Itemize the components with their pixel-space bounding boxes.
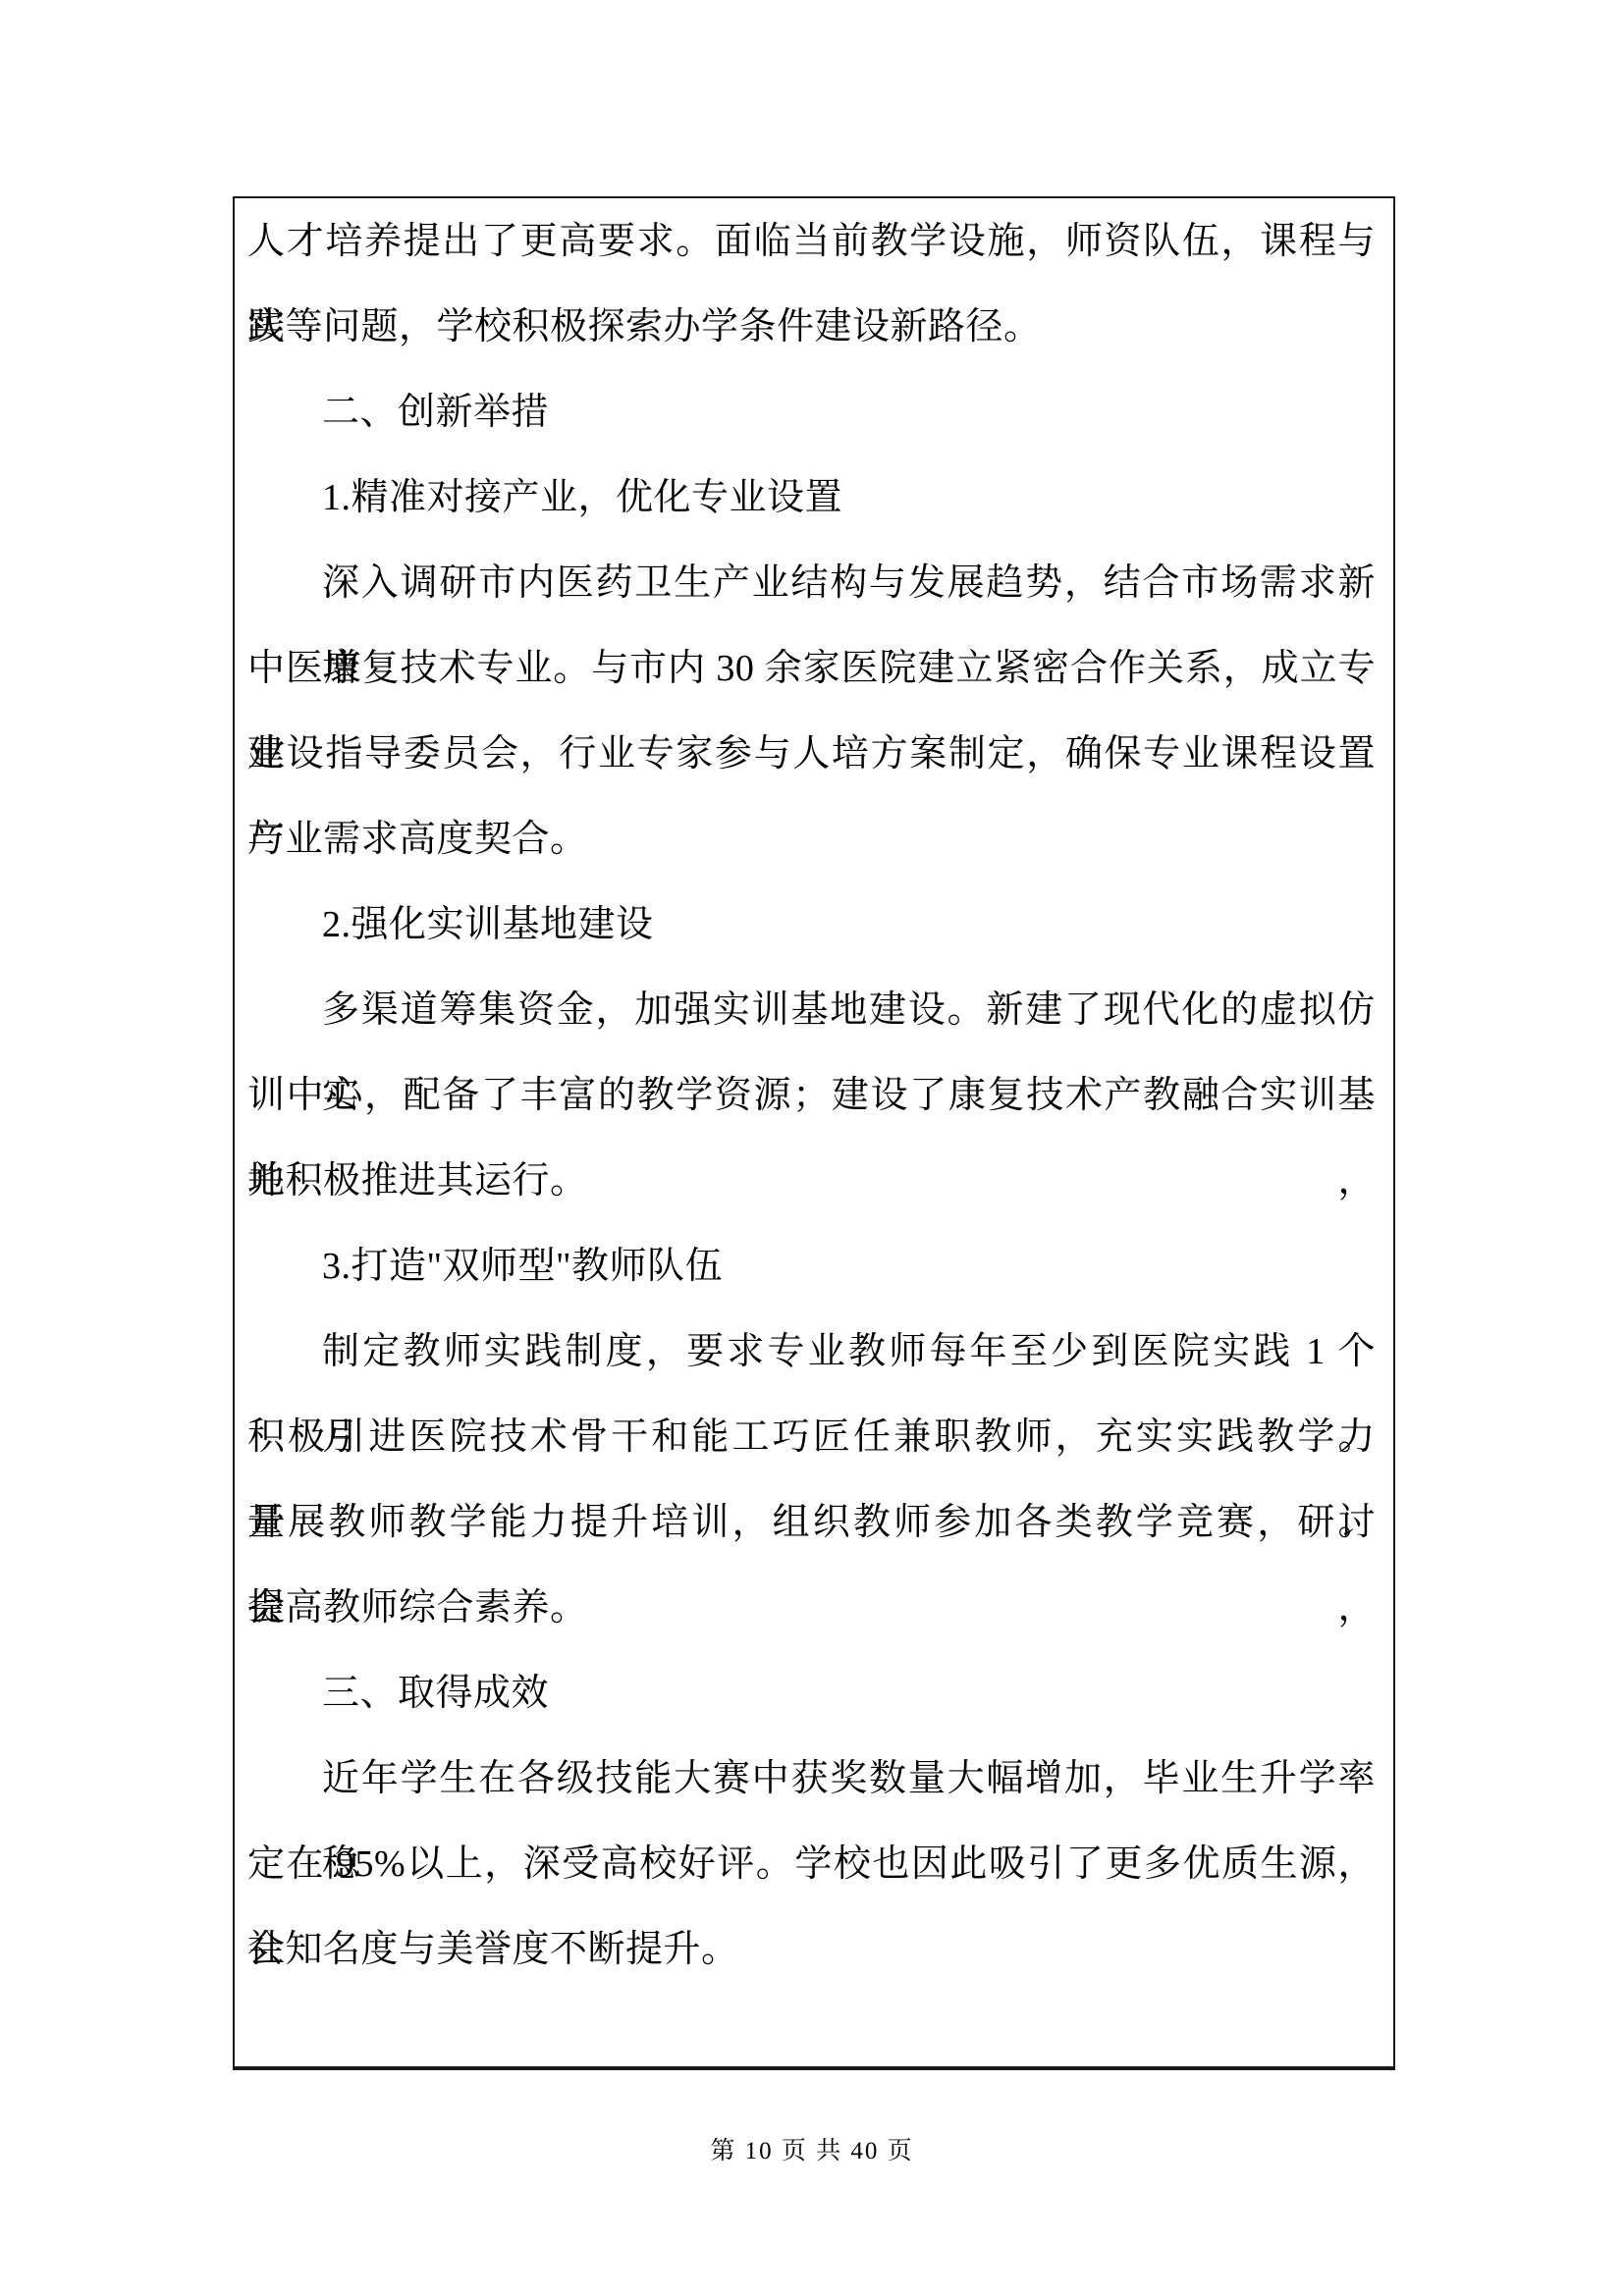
text-line: 近年学生在各级技能大赛中获奖数量大幅增加，毕业生升学率稳 bbox=[247, 1736, 1376, 1822]
text-line: 产业需求高度契合。 bbox=[247, 797, 1376, 882]
text-line: 深入调研市内医药卫生产业结构与发展趋势，结合市场需求新增 bbox=[247, 541, 1376, 626]
text-line: 人才培养提出了更高要求。面临当前教学设施，师资队伍，课程与实 bbox=[247, 199, 1376, 285]
text-line: 中医康复技术专业。与市内 30 余家医院建立紧密合作关系，成立专业 bbox=[247, 626, 1376, 712]
text-line: 1.精准对接产业，优化专业设置 bbox=[247, 455, 1376, 541]
text-line: 会知名度与美誉度不断提升。 bbox=[247, 1907, 1376, 1993]
page-number-label: 第 10 页 共 40 页 bbox=[710, 2138, 913, 2164]
text-border-box: 人才培养提出了更高要求。面临当前教学设施，师资队伍，课程与实践等问题，学校积极探… bbox=[233, 196, 1395, 2070]
text-line: 3.打造"双师型"教师队伍 bbox=[247, 1224, 1376, 1309]
text-line: 建设指导委员会，行业专家参与人培方案制定，确保专业课程设置与 bbox=[247, 712, 1376, 797]
text-line: 开展教师教学能力提升培训，组织教师参加各类教学竞赛，研讨会， bbox=[247, 1480, 1376, 1566]
text-line: 践等问题，学校积极探索办学条件建设新路径。 bbox=[247, 285, 1376, 370]
text-line: 二、创新举措 bbox=[247, 370, 1376, 455]
document-page: { "document": { "lines": [ { "text": "人才… bbox=[0, 0, 1624, 2296]
text-line: 三、取得成效 bbox=[247, 1651, 1376, 1736]
text-line: 多渠道筹集资金，加强实训基地建设。新建了现代化的虚拟仿实 bbox=[247, 968, 1376, 1053]
text-line: 积极引进医院技术骨干和能工巧匠任兼职教师，充实实践教学力量。 bbox=[247, 1395, 1376, 1480]
document-body: 人才培养提出了更高要求。面临当前教学设施，师资队伍，课程与实践等问题，学校积极探… bbox=[247, 199, 1376, 1993]
text-line: 2.强化实训基地建设 bbox=[247, 882, 1376, 968]
text-line: 训中心，配备了丰富的教学资源；建设了康复技术产教融合实训基地， bbox=[247, 1053, 1376, 1139]
page-footer: 第 10 页 共 40 页 bbox=[0, 2132, 1624, 2171]
text-line: 定在 95%以上，深受高校好评。学校也因此吸引了更多优质生源，社 bbox=[247, 1822, 1376, 1907]
text-line: 制定教师实践制度，要求专业教师每年至少到医院实践 1 个月。 bbox=[247, 1309, 1376, 1395]
